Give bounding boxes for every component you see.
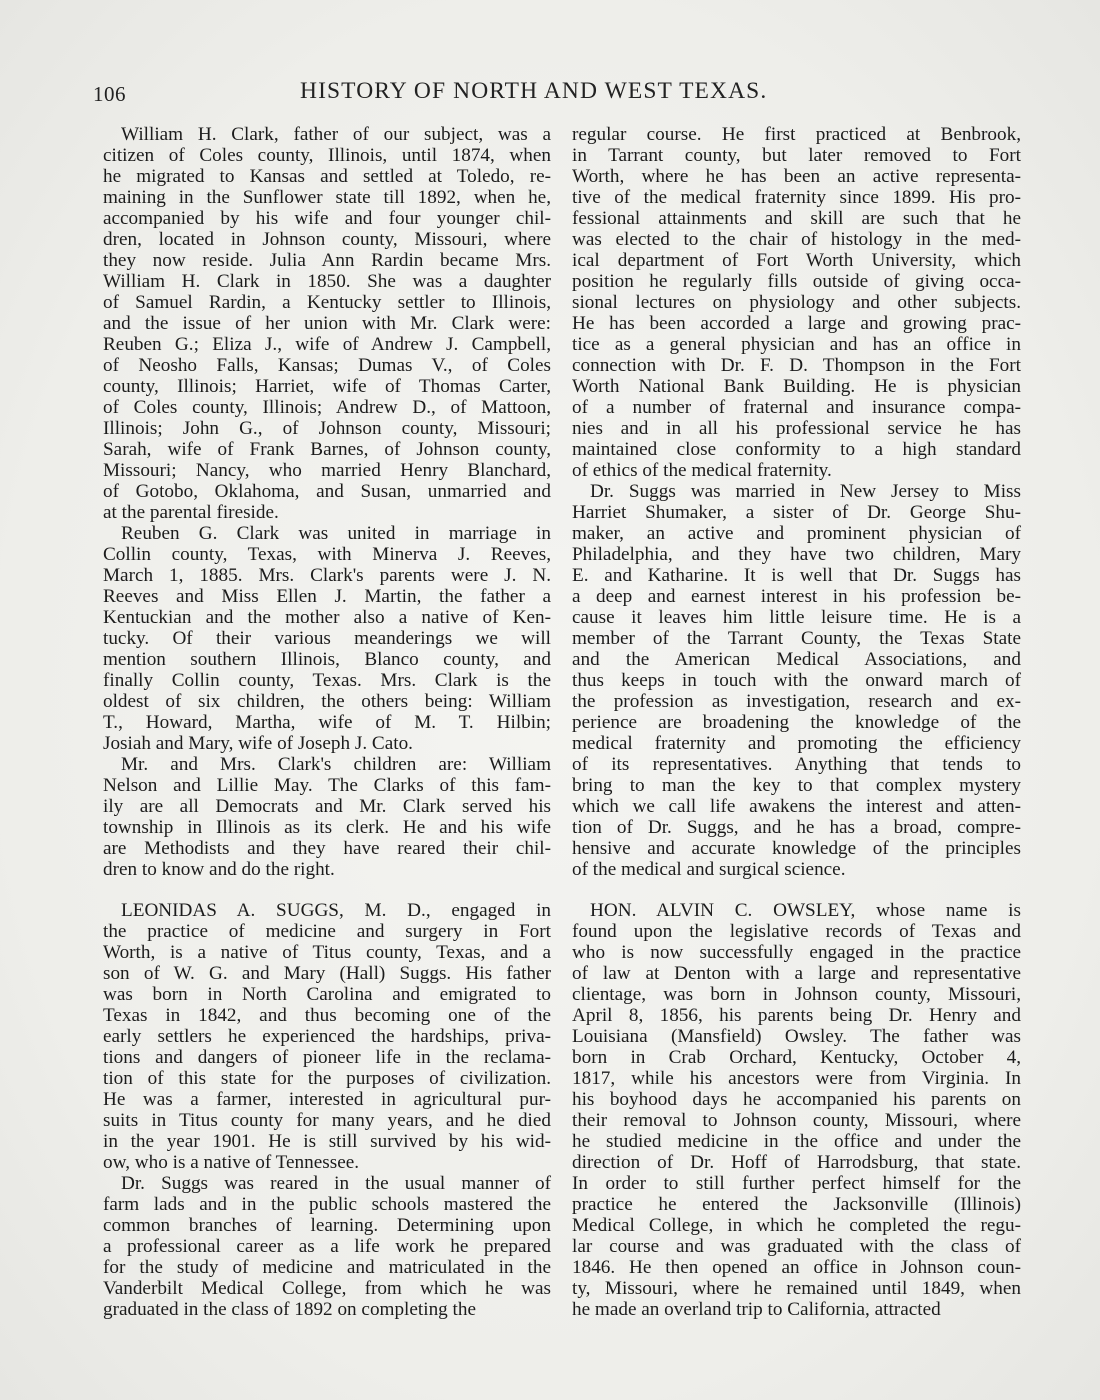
owsley-biography: HON. ALVIN C. OWSLEY, whose name isfound… xyxy=(572,900,1021,1320)
text-line: Worth, where he has been an active repre… xyxy=(572,166,1021,187)
text-line: mention southern Illinois, Blanco county… xyxy=(103,649,551,670)
text-line: are Methodists and they have reared thei… xyxy=(103,838,551,859)
text-line: of Gotobo, Oklahoma, and Susan, unmarrie… xyxy=(103,481,551,502)
text-line: Dr. Suggs was reared in the usual manner… xyxy=(103,1173,551,1194)
page-header: 106 HISTORY OF NORTH AND WEST TEXAS. xyxy=(0,78,1100,110)
text-line: lar course and was graduated with the cl… xyxy=(572,1236,1021,1257)
text-line: He was a farmer, interested in agricultu… xyxy=(103,1089,551,1110)
text-line: William H. Clark in 1850. She was a daug… xyxy=(103,271,551,292)
text-line: his boyhood days he accompanied his pare… xyxy=(572,1089,1021,1110)
text-line: 1846. He then opened an office in Johnso… xyxy=(572,1257,1021,1278)
text-line: a deep and earnest interest in his profe… xyxy=(572,586,1021,607)
text-line: Louisiana (Mansfield) Owsley. The father… xyxy=(572,1026,1021,1047)
text-line: he studied medicine in the office and un… xyxy=(572,1131,1021,1152)
text-line: maintained close conformity to a high st… xyxy=(572,439,1021,460)
text-line: Collin county, Texas, with Minerva J. Re… xyxy=(103,544,551,565)
text-line: found upon the legislative records of Te… xyxy=(572,921,1021,942)
text-line: Kentuckian and the mother also a native … xyxy=(103,607,551,628)
text-line: Mr. and Mrs. Clark's children are: Willi… xyxy=(103,754,551,775)
text-line: tion of this state for the purposes of c… xyxy=(103,1068,551,1089)
text-line: at the parental fireside. xyxy=(103,502,551,523)
text-line: of the medical and surgical science. xyxy=(572,859,1021,880)
text-line: Worth National Bank Building. He is phys… xyxy=(572,376,1021,397)
text-line: in Tarrant county, but later removed to … xyxy=(572,145,1021,166)
text-line: thus keeps in touch with the onward marc… xyxy=(572,670,1021,691)
text-line: who is now successfully engaged in the p… xyxy=(572,942,1021,963)
suggs-biography-continued: regular course. He first practiced at Be… xyxy=(572,124,1021,880)
section-gap xyxy=(103,880,551,900)
text-line: and the American Medical Associations, a… xyxy=(572,649,1021,670)
text-line: clientage, was born in Johnson county, M… xyxy=(572,984,1021,1005)
text-line: nies and in all his professional service… xyxy=(572,418,1021,439)
text-line: oldest of six children, the others being… xyxy=(103,691,551,712)
text-line: of its representatives. Anything that te… xyxy=(572,754,1021,775)
text-line: of ethics of the medical fraternity. xyxy=(572,460,1021,481)
clark-biography-continued: William H. Clark, father of our subject,… xyxy=(103,124,551,880)
paragraph: LEONIDAS A. SUGGS, M. D., engaged inthe … xyxy=(103,900,551,1173)
text-line: citizen of Coles county, Illinois, until… xyxy=(103,145,551,166)
text-line: March 1, 1885. Mrs. Clark's parents were… xyxy=(103,565,551,586)
text-line: in the year 1901. He is still survived b… xyxy=(103,1131,551,1152)
text-line: which we call life awakens the interest … xyxy=(572,796,1021,817)
text-line: they now reside. Julia Ann Rardin became… xyxy=(103,250,551,271)
text-line: accompanied by his wife and four younger… xyxy=(103,208,551,229)
text-line: cause it leaves him little leisure time.… xyxy=(572,607,1021,628)
text-line: Medical College, in which he completed t… xyxy=(572,1215,1021,1236)
text-line: he made an overland trip to California, … xyxy=(572,1299,1021,1320)
text-line: Josiah and Mary, wife of Joseph J. Cato. xyxy=(103,733,551,754)
text-line: was elected to the chair of histology in… xyxy=(572,229,1021,250)
text-line: member of the Tarrant County, the Texas … xyxy=(572,628,1021,649)
text-line: sional lectures on physiology and other … xyxy=(572,292,1021,313)
text-line: fessional attainments and skill are such… xyxy=(572,208,1021,229)
text-line: suits in Titus county for many years, an… xyxy=(103,1110,551,1131)
text-line: finally Collin county, Texas. Mrs. Clark… xyxy=(103,670,551,691)
text-line: position he regularly fills outside of g… xyxy=(572,271,1021,292)
page-number: 106 xyxy=(93,82,126,107)
text-line: T., Howard, Martha, wife of M. T. Hilbin… xyxy=(103,712,551,733)
paragraph: HON. ALVIN C. OWSLEY, whose name isfound… xyxy=(572,900,1021,1320)
text-line: Philadelphia, and they have two children… xyxy=(572,544,1021,565)
text-line: dren, located in Johnson county, Missour… xyxy=(103,229,551,250)
text-line: of Neosho Falls, Kansas; Dumas V., of Co… xyxy=(103,355,551,376)
text-line: Nelson and Lillie May. The Clarks of thi… xyxy=(103,775,551,796)
text-line: county, Illinois; Harriet, wife of Thoma… xyxy=(103,376,551,397)
text-line: bring to man the key to that complex mys… xyxy=(572,775,1021,796)
text-line: for the study of medicine and matriculat… xyxy=(103,1257,551,1278)
text-line: regular course. He first practiced at Be… xyxy=(572,124,1021,145)
section-gap xyxy=(572,880,1021,900)
text-line: early settlers he experienced the hardsh… xyxy=(103,1026,551,1047)
text-line: practice he entered the Jacksonville (Il… xyxy=(572,1194,1021,1215)
text-line: Texas in 1842, and thus becoming one of … xyxy=(103,1005,551,1026)
text-line: 1817, while his ancestors were from Virg… xyxy=(572,1068,1021,1089)
text-line: their removal to Johnson county, Missour… xyxy=(572,1110,1021,1131)
text-line: tice as a general physician and has an o… xyxy=(572,334,1021,355)
text-line: HON. ALVIN C. OWSLEY, whose name is xyxy=(572,900,1021,921)
text-line: dren to know and do the right. xyxy=(103,859,551,880)
text-line: graduated in the class of 1892 on comple… xyxy=(103,1299,551,1320)
text-line: tive of the medical fraternity since 189… xyxy=(572,187,1021,208)
text-line: a professional career as a life work he … xyxy=(103,1236,551,1257)
text-line: common branches of learning. Determining… xyxy=(103,1215,551,1236)
text-line: of a number of fraternal and insurance c… xyxy=(572,397,1021,418)
text-line: William H. Clark, father of our subject,… xyxy=(103,124,551,145)
text-line: LEONIDAS A. SUGGS, M. D., engaged in xyxy=(103,900,551,921)
text-line: ty, Missouri, where he remained until 18… xyxy=(572,1278,1021,1299)
text-line: ow, who is a native of Tennessee. xyxy=(103,1152,551,1173)
text-line: hensive and accurate knowledge of the pr… xyxy=(572,838,1021,859)
text-line: He has been accorded a large and growing… xyxy=(572,313,1021,334)
text-line: Missouri; Nancy, who married Henry Blanc… xyxy=(103,460,551,481)
text-line: of Samuel Rardin, a Kentucky settler to … xyxy=(103,292,551,313)
text-line: Reeves and Miss Ellen J. Martin, the fat… xyxy=(103,586,551,607)
book-page: 106 HISTORY OF NORTH AND WEST TEXAS. Wil… xyxy=(0,0,1100,1400)
right-column: regular course. He first practiced at Be… xyxy=(572,124,1021,1320)
text-line: born in Crab Orchard, Kentucky, October … xyxy=(572,1047,1021,1068)
text-line: perience are broadening the knowledge of… xyxy=(572,712,1021,733)
text-line: of Coles county, Illinois; Andrew D., of… xyxy=(103,397,551,418)
text-line: tions and dangers of pioneer life in the… xyxy=(103,1047,551,1068)
text-line: maker, an active and prominent physician… xyxy=(572,523,1021,544)
text-line: In order to still further perfect himsel… xyxy=(572,1173,1021,1194)
text-line: ily are all Democrats and Mr. Clark serv… xyxy=(103,796,551,817)
text-line: April 8, 1856, his parents being Dr. Hen… xyxy=(572,1005,1021,1026)
text-line: tucky. Of their various meanderings we w… xyxy=(103,628,551,649)
text-line: Reuben G. Clark was united in marriage i… xyxy=(103,523,551,544)
paragraph: Mr. and Mrs. Clark's children are: Willi… xyxy=(103,754,551,880)
text-line: Illinois; John G., of Johnson county, Mi… xyxy=(103,418,551,439)
suggs-biography: LEONIDAS A. SUGGS, M. D., engaged inthe … xyxy=(103,900,551,1320)
text-line: son of W. G. and Mary (Hall) Suggs. His … xyxy=(103,963,551,984)
text-line: and the issue of her union with Mr. Clar… xyxy=(103,313,551,334)
text-line: township in Illinois as its clerk. He an… xyxy=(103,817,551,838)
text-line: Worth, is a native of Titus county, Texa… xyxy=(103,942,551,963)
text-line: Harriet Shumaker, a sister of Dr. George… xyxy=(572,502,1021,523)
text-line: tion of Dr. Suggs, and he has a broad, c… xyxy=(572,817,1021,838)
text-line: maining in the Sunflower state till 1892… xyxy=(103,187,551,208)
text-line: Vanderbilt Medical College, from which h… xyxy=(103,1278,551,1299)
text-line: the practice of medicine and surgery in … xyxy=(103,921,551,942)
running-title: HISTORY OF NORTH AND WEST TEXAS. xyxy=(300,78,767,105)
paragraph: Reuben G. Clark was united in marriage i… xyxy=(103,523,551,754)
text-line: Sarah, wife of Frank Barnes, of Johnson … xyxy=(103,439,551,460)
text-line: ical department of Fort Worth University… xyxy=(572,250,1021,271)
text-line: the profession as investigation, researc… xyxy=(572,691,1021,712)
text-line: Reuben G.; Eliza J., wife of Andrew J. C… xyxy=(103,334,551,355)
paragraph: regular course. He first practiced at Be… xyxy=(572,124,1021,481)
text-line: direction of Dr. Hoff of Harrodsburg, th… xyxy=(572,1152,1021,1173)
text-line: was born in North Carolina and emigrated… xyxy=(103,984,551,1005)
left-column: William H. Clark, father of our subject,… xyxy=(103,124,551,1320)
paragraph: Dr. Suggs was reared in the usual manner… xyxy=(103,1173,551,1320)
text-line: Dr. Suggs was married in New Jersey to M… xyxy=(572,481,1021,502)
text-line: medical fraternity and promoting the eff… xyxy=(572,733,1021,754)
text-line: farm lads and in the public schools mast… xyxy=(103,1194,551,1215)
text-line: he migrated to Kansas and settled at Tol… xyxy=(103,166,551,187)
paragraph: Dr. Suggs was married in New Jersey to M… xyxy=(572,481,1021,880)
text-line: connection with Dr. F. D. Thompson in th… xyxy=(572,355,1021,376)
text-line: of law at Denton with a large and repres… xyxy=(572,963,1021,984)
text-line: E. and Katharine. It is well that Dr. Su… xyxy=(572,565,1021,586)
paragraph: William H. Clark, father of our subject,… xyxy=(103,124,551,523)
